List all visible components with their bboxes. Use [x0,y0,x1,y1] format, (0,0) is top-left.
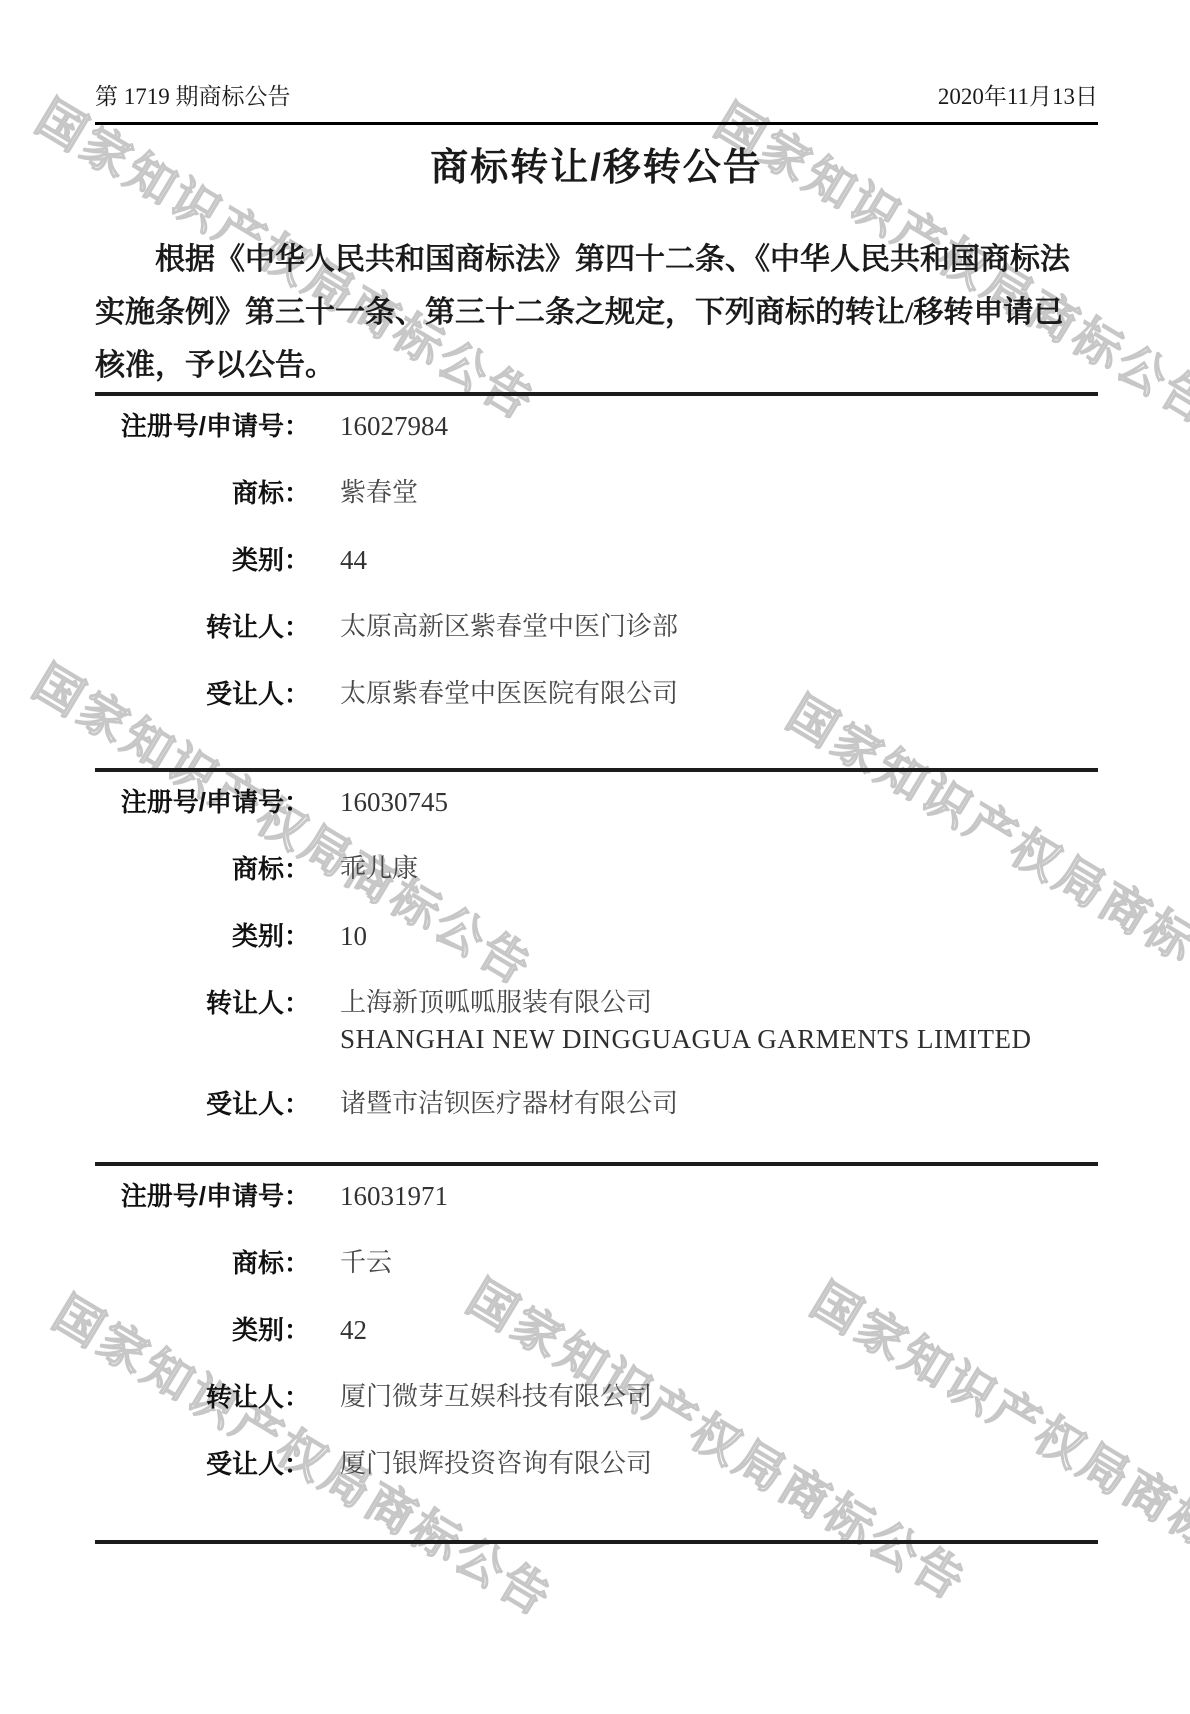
record-row-class: 类别： 10 [95,920,1098,952]
bottom-rule [95,1540,1098,1544]
trademark-record: 注册号/申请号： 16030745 商标： 乖儿康 类别： 10 转让人： 上海… [95,768,1098,1162]
assignor-label: 转让人： [95,611,310,643]
class-label: 类别： [95,920,310,952]
record-row-assignee: 受让人： 太原紫春堂中医医院有限公司 [95,678,1098,710]
assignor-name: 厦门微芽互娱科技有限公司 [340,1382,652,1411]
page-title: 商标转让/移转公告 [95,145,1098,191]
assignee-label: 受让人： [95,678,310,710]
registration-number: 16030745 [340,787,448,817]
assignee-name: 厦门银辉投资咨询有限公司 [340,1449,652,1478]
assignee-label: 受让人： [95,1088,310,1120]
record-row-assignee: 受让人： 诸暨市洁钡医疗器材有限公司 [95,1088,1098,1120]
record-row-regno: 注册号/申请号： 16027984 [95,410,1098,442]
class-label: 类别： [95,544,310,576]
regno-label: 注册号/申请号： [95,1180,310,1212]
trademark-record: 注册号/申请号： 16027984 商标： 紫春堂 类别： 44 转让人： 太原… [95,392,1098,768]
record-row-assignor: 转让人： 上海新顶呱呱服装有限公司 SHANGHAI NEW DINGGUAGU… [95,987,1098,1053]
intro-line: 核准，予以公告。 [95,339,1098,392]
record-row-regno: 注册号/申请号： 16031971 [95,1180,1098,1212]
record-row-assignor: 转让人： 厦门微芽互娱科技有限公司 [95,1381,1098,1413]
class-number: 44 [340,545,367,575]
intro-line: 实施条例》第三十一条、第三十二条之规定，下列商标的转让/移转申请已 [95,286,1098,339]
gazette-page: 国家知识产权局商标公告 国家知识产权局商标公告 国家知识产权局商标公告 国家知识… [0,0,1190,1714]
assignee-name: 诸暨市洁钡医疗器材有限公司 [340,1089,678,1118]
record-row-trademark: 商标： 紫春堂 [95,477,1098,509]
gazette-date: 2020年11月13日 [938,82,1098,112]
page-header: 第 1719 期商标公告 2020年11月13日 [95,82,1098,125]
assignee-label: 受让人： [95,1448,310,1480]
record-row-class: 类别： 42 [95,1314,1098,1346]
regno-label: 注册号/申请号： [95,786,310,818]
assignor-label: 转让人： [95,987,310,1019]
assignor-label: 转让人： [95,1381,310,1413]
intro-line: 根据《中华人民共和国商标法》第四十二条、《中华人民共和国商标法 [95,233,1098,286]
assignee-name: 太原紫春堂中医医院有限公司 [340,679,678,708]
trademark-label: 商标： [95,1247,310,1279]
class-number: 10 [340,921,367,951]
trademark-label: 商标： [95,853,310,885]
record-row-assignor: 转让人： 太原高新区紫春堂中医门诊部 [95,611,1098,643]
record-row-regno: 注册号/申请号： 16030745 [95,786,1098,818]
registration-number: 16027984 [340,411,448,441]
page-content: 第 1719 期商标公告 2020年11月13日 商标转让/移转公告 根据《中华… [0,0,1190,1544]
trademark-name: 乖儿康 [340,854,418,883]
record-row-class: 类别： 44 [95,544,1098,576]
gazette-issue: 第 1719 期商标公告 [95,82,291,112]
assignor-name: 太原高新区紫春堂中医门诊部 [340,612,678,641]
record-row-assignee: 受让人： 厦门银辉投资咨询有限公司 [95,1448,1098,1480]
intro-paragraph: 根据《中华人民共和国商标法》第四十二条、《中华人民共和国商标法 实施条例》第三十… [95,233,1098,392]
regno-label: 注册号/申请号： [95,410,310,442]
class-label: 类别： [95,1314,310,1346]
trademark-record: 注册号/申请号： 16031971 商标： 千云 类别： 42 转让人： 厦门微… [95,1162,1098,1540]
assignor-name-en: SHANGHAI NEW DINGGUAGUA GARMENTS LIMITED [340,1025,1031,1053]
registration-number: 16031971 [340,1181,448,1211]
assignor-name: 上海新顶呱呱服装有限公司 [340,988,652,1017]
record-row-trademark: 商标： 千云 [95,1247,1098,1279]
record-row-trademark: 商标： 乖儿康 [95,853,1098,885]
class-number: 42 [340,1315,367,1345]
trademark-label: 商标： [95,477,310,509]
trademark-name: 紫春堂 [340,478,418,507]
trademark-name: 千云 [340,1248,392,1277]
